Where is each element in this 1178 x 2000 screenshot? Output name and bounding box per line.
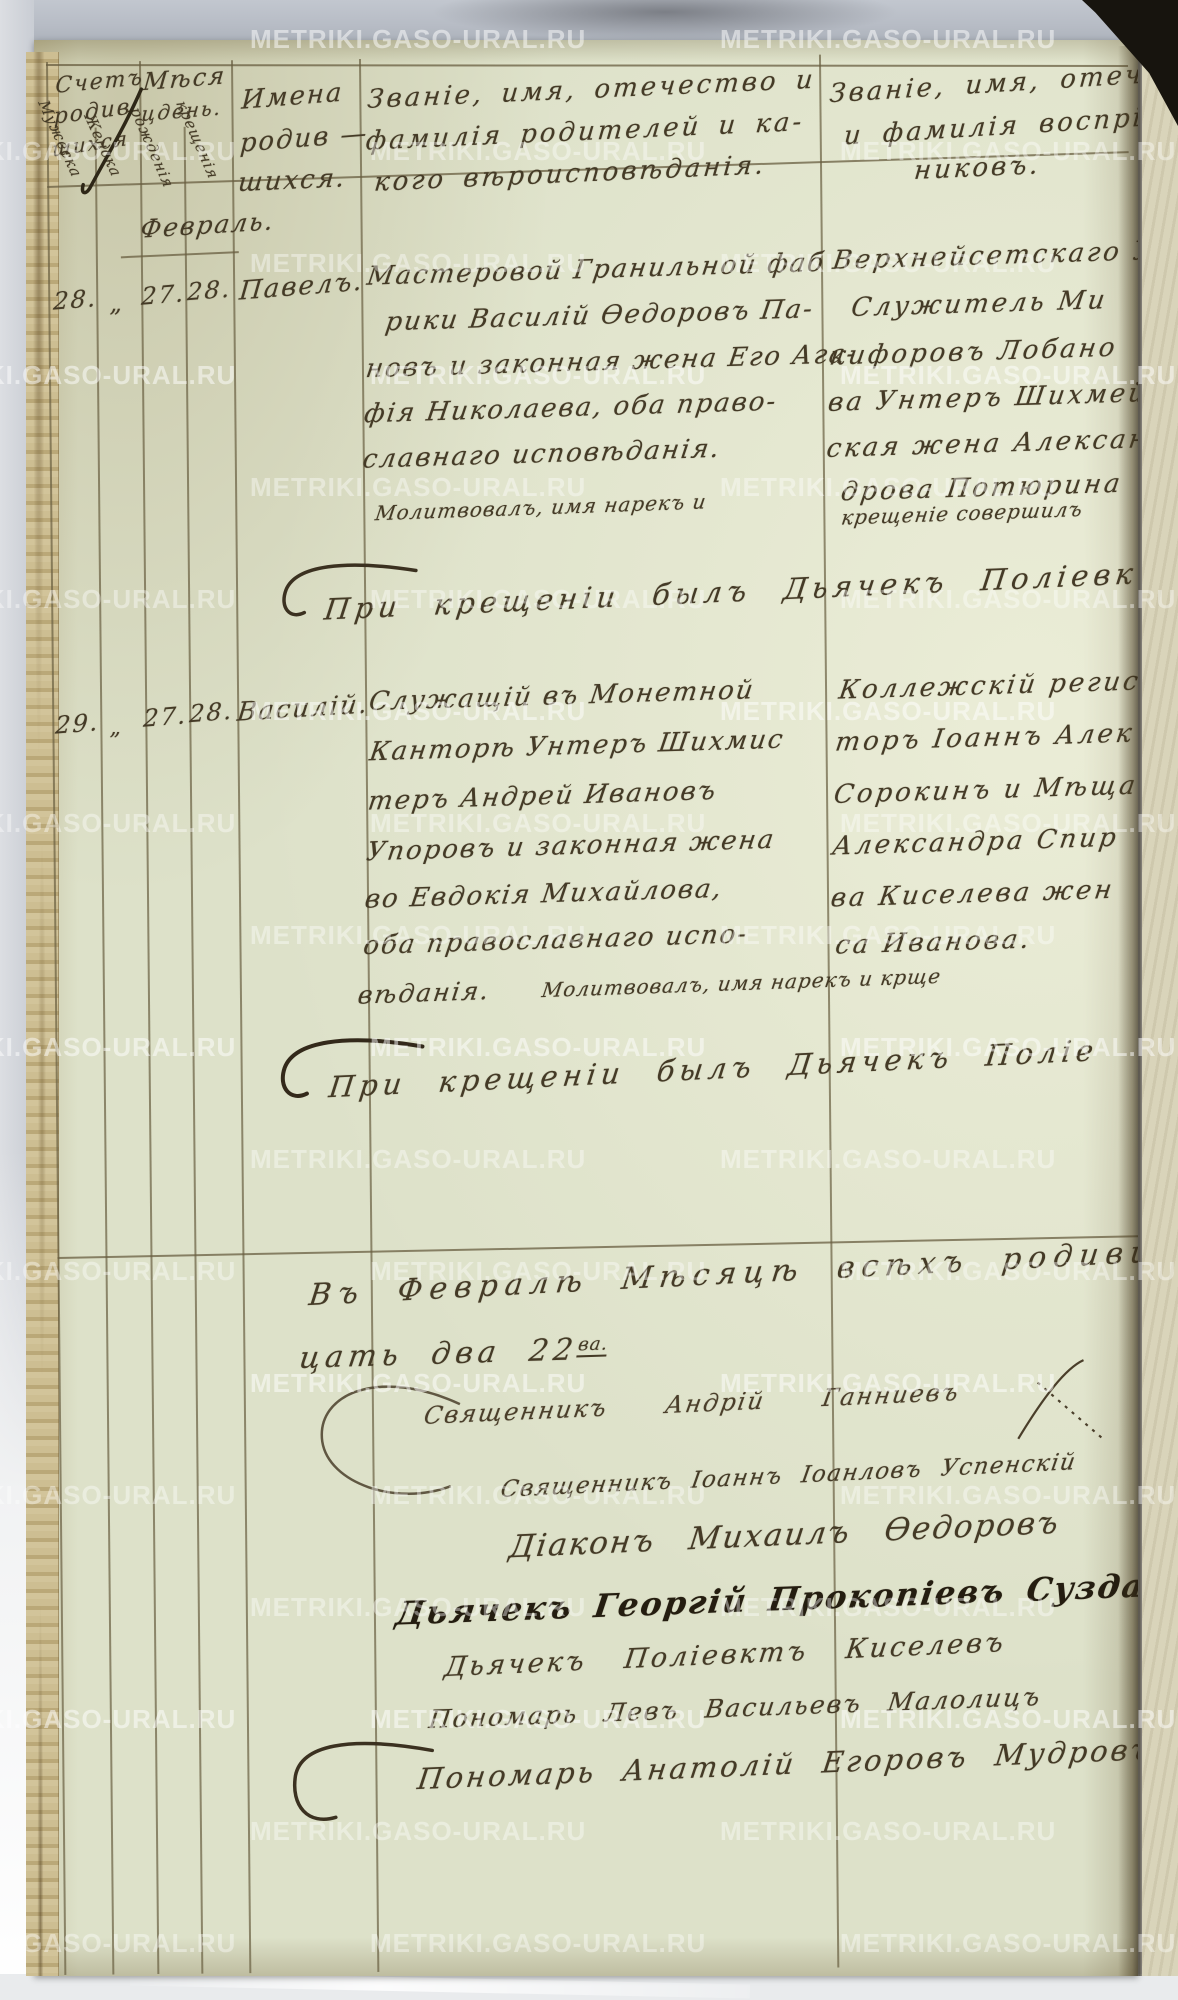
- summary-count-words: цать два 22: [297, 1332, 580, 1376]
- signature-paraph: [1003, 1354, 1134, 1447]
- record-godparents-line: са Иванова.: [833, 924, 1034, 960]
- flourish-bracket: [287, 1732, 438, 1833]
- record-parents-line: рики Василій Ѳедоровъ Па-: [383, 294, 816, 337]
- record-godparents-line: ва Киселева жен: [829, 875, 1117, 914]
- record-baptism-day: 28.: [188, 697, 234, 729]
- record-ditto-mark: „: [109, 715, 123, 740]
- signature-sexton-1: Дьячекъ Георгій Прокопіевъ Суздаловъ: [393, 1563, 1138, 1633]
- month-label: Февраль.: [139, 206, 278, 244]
- table-rule-left-border: [46, 62, 66, 1975]
- record-rite-note: вѣданія. Молитвовалъ, имя нарекъ и крще: [356, 960, 943, 1010]
- record-godparents-line: кифоровъ Лобано: [828, 333, 1120, 372]
- record-parents-line: оба православнаго испо-: [361, 919, 750, 961]
- next-page-edge: [1142, 50, 1178, 1976]
- record-rite-note-left: Молитвовалъ, имя нарекъ и: [374, 489, 709, 525]
- record-rite-note-right: Молитвовалъ, имя нарекъ и крще: [540, 964, 943, 1002]
- table-rule-count-split: [95, 128, 114, 1975]
- record-child-name: Павелъ.: [238, 266, 365, 306]
- signature-priest-1: Священникъ Андрій Ганниевъ: [422, 1378, 962, 1430]
- signature-flourish: [300, 1374, 471, 1526]
- table-rule-date-end: [231, 60, 251, 1973]
- ink-slash-mark: [77, 83, 150, 206]
- record-number: 29.: [55, 708, 101, 740]
- header-parents-line3: кого вѣроисповѣданія.: [373, 150, 768, 198]
- page-content: Счетъ родив шихся Мѣся цдень. Мужеска Же…: [0, 0, 1138, 1975]
- record-baptism-day: 28.: [186, 275, 232, 307]
- record-parents-line: Канторѣ Унтеръ Шихмис: [367, 725, 786, 768]
- record-parents-line: новъ и законная жена Его Ага-: [364, 339, 860, 384]
- signature-ponomar-2: Пономарь Анатолій Егоровъ Мудровъ: [415, 1732, 1138, 1796]
- record-witness-line: При крещеніи былъ Дьячекъ Поліе: [327, 1033, 1100, 1104]
- record-parents-line: теръ Андрей Ивановъ: [366, 776, 719, 817]
- record-godparents-line: Верхнейсетскаго У: [831, 236, 1138, 276]
- table-rule-month-underline: [121, 251, 239, 258]
- signature-deacon: Діаконъ Михаилъ Ѳедоровъ: [507, 1505, 1062, 1566]
- record-child-name: Василій.: [236, 689, 371, 727]
- record-ditto-mark: „: [109, 289, 124, 317]
- record-parents-line: фія Николаева, оба право-: [362, 387, 779, 430]
- table-rule-date-split: [184, 127, 203, 1974]
- record-parents-line: славнаго исповѣданія.: [361, 434, 723, 475]
- record-parents-line: Упоровъ и законная жена: [364, 825, 777, 868]
- record-godparents-line: торъ Іоаннъ Алек: [833, 718, 1136, 757]
- metrical-book-scan: Счетъ родив шихся Мѣся цдень. Мужеска Же…: [0, 0, 1178, 2000]
- header-godparents-line3: никовъ.: [913, 150, 1043, 186]
- record-godparents-line: ва Унтеръ Шихмей: [826, 378, 1138, 418]
- record-godparents-line: Сорокинъ и Мѣщан: [832, 770, 1138, 810]
- record-parents-line: Служащій въ Монетной: [367, 675, 757, 717]
- signature-priest-2: Священникъ Іоаннъ Іоанловъ Успенскій: [499, 1449, 1079, 1503]
- summary-line2: цать два 22ва.: [297, 1331, 610, 1376]
- summary-count-superscript: ва.: [576, 1333, 609, 1357]
- header-parents-line1: Званіе, имя, отечество и: [366, 65, 817, 115]
- record-godparents-line: Александра Спир: [830, 823, 1121, 862]
- signature-ponomar-1: Пономарь Левъ Васильевъ Малолицъ: [427, 1682, 1043, 1734]
- record-godparents-line: ская жена Алексан: [825, 424, 1138, 464]
- record-witness-line: При крещеніи былъ Дьячекъ Поліевктъ: [322, 554, 1138, 627]
- record-rite-note-left: вѣданія.: [356, 976, 492, 1010]
- page-fold-shadow: [1118, 46, 1144, 1976]
- signature-sexton-2: Дьячекъ Поліевктъ Киселевъ: [443, 1627, 1008, 1683]
- record-parents-line: во Евдокія Михайлова,: [363, 874, 725, 915]
- record-godparents-line: Служитель Ми: [849, 285, 1109, 323]
- header-name-line1: Имена: [241, 78, 345, 116]
- header-parents-line2: фамилія родителей и ка-: [364, 107, 805, 157]
- record-number: 28.: [52, 284, 98, 316]
- header-name-line3: шихся.: [237, 163, 348, 198]
- record-birth-day: 27.: [143, 701, 189, 733]
- record-godparents-line: Коллежскій регис: [837, 666, 1138, 705]
- table-rule-name-end: [359, 59, 379, 1972]
- record-birth-day: 27.: [140, 279, 186, 311]
- header-godparents-line2: и фамилія воспріем: [843, 100, 1138, 151]
- header-date-line1: Мѣся: [142, 61, 228, 96]
- header-name-line2: родив —: [239, 118, 369, 158]
- table-rule-count-end: [139, 61, 159, 1974]
- record-parents-line: Мастеровой Гранильной фаб: [365, 248, 827, 292]
